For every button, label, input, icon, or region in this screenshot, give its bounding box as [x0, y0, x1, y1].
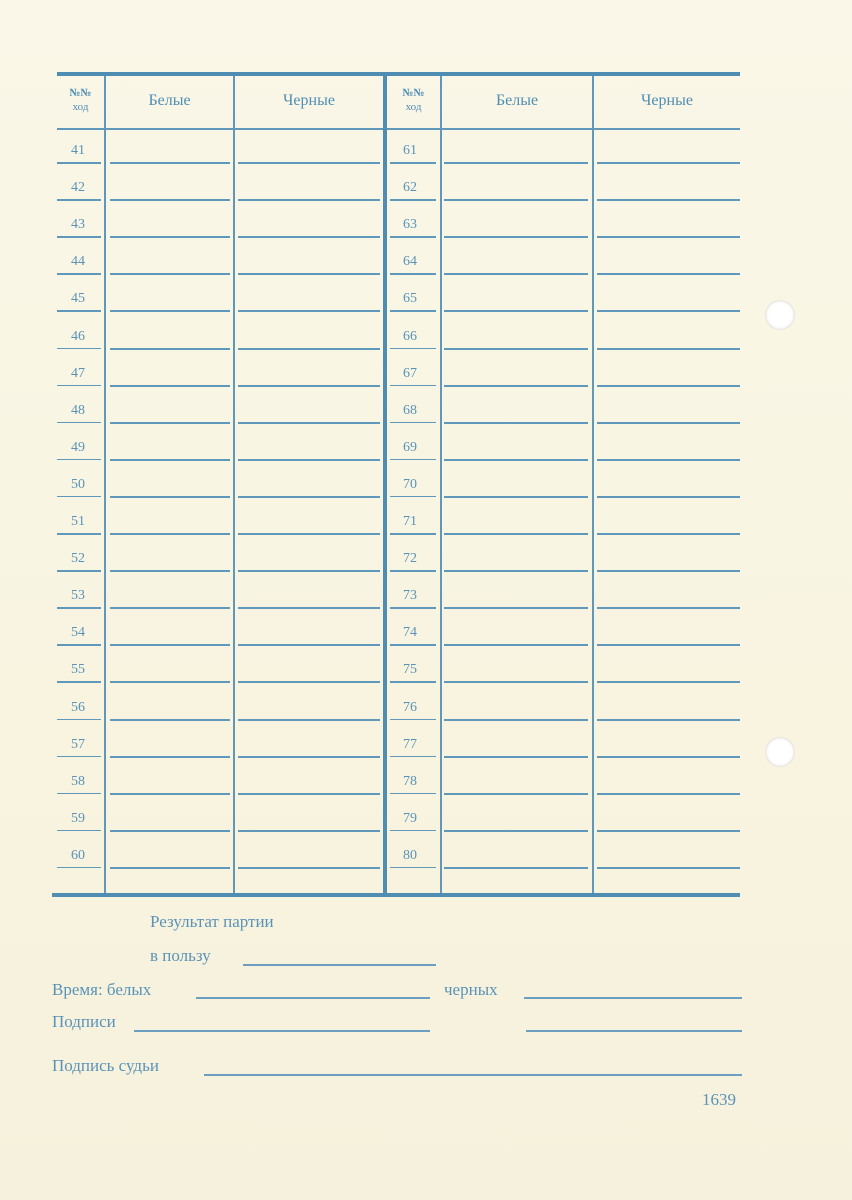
white-move-field[interactable]: [444, 273, 588, 275]
header-move-label: ход: [406, 101, 422, 113]
move-number: 66: [390, 329, 430, 345]
move-number-rule: [390, 719, 436, 721]
black-move-field[interactable]: [597, 570, 740, 572]
move-number-rule: [57, 496, 101, 498]
move-number: 71: [390, 514, 430, 530]
move-number-rule: [57, 273, 101, 275]
move-number-rule: [57, 236, 101, 238]
black-move-field[interactable]: [597, 199, 740, 201]
move-number: 47: [58, 366, 98, 382]
black-move-field[interactable]: [597, 793, 740, 795]
black-move-field[interactable]: [597, 385, 740, 387]
move-number: 65: [390, 291, 430, 307]
move-number: 80: [390, 848, 430, 864]
header-black-right: Черные: [594, 92, 740, 110]
black-move-field[interactable]: [238, 236, 380, 238]
move-number-rule: [57, 570, 101, 572]
white-move-field[interactable]: [444, 793, 588, 795]
black-move-field[interactable]: [238, 756, 380, 758]
in-favor-label: в пользу: [150, 946, 211, 966]
move-number: 61: [390, 143, 430, 159]
move-number: 44: [58, 254, 98, 270]
move-number: 60: [58, 848, 98, 864]
move-number-rule: [57, 310, 101, 312]
score-sheet-page: №№ ход Белые Черные №№ ход Белые Черные …: [0, 0, 852, 1200]
move-number-rule: [390, 422, 436, 424]
black-move-field[interactable]: [597, 533, 740, 535]
header-move-label: ход: [73, 101, 89, 113]
in-favor-field[interactable]: [243, 964, 436, 966]
move-number: 72: [390, 551, 430, 567]
move-number: 51: [58, 514, 98, 530]
black-move-field[interactable]: [597, 681, 740, 683]
move-number-rule: [390, 348, 436, 350]
move-number: 67: [390, 366, 430, 382]
white-move-field[interactable]: [444, 348, 588, 350]
move-number-rule: [390, 162, 436, 164]
black-move-field[interactable]: [597, 644, 740, 646]
white-move-field[interactable]: [444, 199, 588, 201]
white-move-field[interactable]: [110, 867, 230, 869]
move-number-rule: [390, 199, 436, 201]
white-move-field[interactable]: [110, 162, 230, 164]
move-number: 78: [390, 774, 430, 790]
move-number-rule: [390, 793, 436, 795]
move-number-rule: [57, 793, 101, 795]
header-white: Белые: [106, 92, 233, 110]
black-move-field[interactable]: [238, 719, 380, 721]
black-move-field[interactable]: [597, 348, 740, 350]
move-number-rule: [57, 867, 101, 869]
signature-white-field[interactable]: [134, 1030, 430, 1032]
black-move-field[interactable]: [597, 830, 740, 832]
header-move-number-right: №№ ход: [387, 86, 440, 114]
move-number: 58: [58, 774, 98, 790]
move-number-rule: [57, 719, 101, 721]
move-number: 53: [58, 588, 98, 604]
black-move-field[interactable]: [597, 867, 740, 869]
form-serial-number: 1639: [702, 1090, 736, 1110]
move-number: 62: [390, 180, 430, 196]
header-white-right: Белые: [442, 92, 592, 110]
move-number-rule: [390, 570, 436, 572]
black-move-field[interactable]: [597, 273, 740, 275]
move-number-rule: [390, 756, 436, 758]
white-move-field[interactable]: [110, 830, 230, 832]
black-move-field[interactable]: [238, 422, 380, 424]
punch-hole: [765, 300, 795, 330]
move-number: 45: [58, 291, 98, 307]
move-number: 79: [390, 811, 430, 827]
white-move-field[interactable]: [110, 199, 230, 201]
black-move-field[interactable]: [238, 199, 380, 201]
move-number: 56: [58, 700, 98, 716]
time-black-field[interactable]: [524, 997, 742, 999]
black-move-field[interactable]: [238, 273, 380, 275]
move-number-rule: [390, 830, 436, 832]
move-number-rule: [390, 459, 436, 461]
move-number-rule: [390, 236, 436, 238]
move-number-rule: [57, 756, 101, 758]
signatures-label: Подписи: [52, 1012, 116, 1032]
white-move-field[interactable]: [444, 496, 588, 498]
white-move-field[interactable]: [444, 607, 588, 609]
move-number: 59: [58, 811, 98, 827]
bottom-rule: [52, 893, 740, 897]
move-number: 41: [58, 143, 98, 159]
black-move-field[interactable]: [597, 756, 740, 758]
black-move-field[interactable]: [238, 162, 380, 164]
move-number-rule: [390, 385, 436, 387]
move-number: 76: [390, 700, 430, 716]
move-number-rule: [390, 496, 436, 498]
column-divider: [592, 76, 594, 893]
black-move-field[interactable]: [238, 570, 380, 572]
time-black-label: черных: [444, 980, 498, 1000]
white-move-field[interactable]: [110, 385, 230, 387]
black-move-field[interactable]: [238, 830, 380, 832]
white-move-field[interactable]: [444, 459, 588, 461]
black-move-field[interactable]: [238, 496, 380, 498]
move-number: 46: [58, 329, 98, 345]
column-divider: [104, 76, 106, 893]
black-move-field[interactable]: [597, 719, 740, 721]
move-number-rule: [390, 533, 436, 535]
white-move-field[interactable]: [444, 830, 588, 832]
white-move-field[interactable]: [110, 570, 230, 572]
white-move-field[interactable]: [444, 236, 588, 238]
move-number-rule: [57, 533, 101, 535]
move-number-rule: [57, 607, 101, 609]
black-move-field[interactable]: [238, 385, 380, 387]
move-number: 73: [390, 588, 430, 604]
column-divider: [440, 76, 442, 893]
black-move-field[interactable]: [597, 422, 740, 424]
white-move-field[interactable]: [110, 310, 230, 312]
white-move-field[interactable]: [444, 570, 588, 572]
white-move-field[interactable]: [444, 422, 588, 424]
move-number: 77: [390, 737, 430, 753]
move-number: 43: [58, 217, 98, 233]
black-move-field[interactable]: [597, 162, 740, 164]
black-move-field[interactable]: [597, 607, 740, 609]
move-number: 69: [390, 440, 430, 456]
move-number-rule: [57, 385, 101, 387]
white-move-field[interactable]: [110, 459, 230, 461]
move-number-rule: [390, 273, 436, 275]
move-number: 50: [58, 477, 98, 493]
black-move-field[interactable]: [238, 607, 380, 609]
black-move-field[interactable]: [597, 459, 740, 461]
black-move-field[interactable]: [238, 310, 380, 312]
move-number-rule: [57, 681, 101, 683]
white-move-field[interactable]: [110, 422, 230, 424]
header-no-label: №№: [69, 87, 91, 99]
header-no-label: №№: [402, 87, 424, 99]
move-number-rule: [57, 644, 101, 646]
black-move-field[interactable]: [597, 236, 740, 238]
header-rule: [57, 128, 740, 130]
move-number: 68: [390, 403, 430, 419]
white-move-field[interactable]: [444, 867, 588, 869]
result-label: Результат партии: [150, 912, 274, 932]
move-number: 54: [58, 625, 98, 641]
move-number-rule: [57, 830, 101, 832]
move-number: 55: [58, 662, 98, 678]
black-move-field[interactable]: [238, 644, 380, 646]
judge-signature-field[interactable]: [204, 1074, 742, 1076]
header-black: Черные: [235, 92, 383, 110]
black-move-field[interactable]: [597, 310, 740, 312]
column-divider: [233, 76, 235, 893]
punch-hole: [765, 737, 795, 767]
white-move-field[interactable]: [444, 385, 588, 387]
white-move-field[interactable]: [110, 273, 230, 275]
white-move-field[interactable]: [444, 719, 588, 721]
move-number-rule: [57, 459, 101, 461]
move-number: 42: [58, 180, 98, 196]
move-number-rule: [57, 162, 101, 164]
move-number-rule: [390, 607, 436, 609]
white-move-field[interactable]: [110, 644, 230, 646]
signature-black-field[interactable]: [526, 1030, 742, 1032]
white-move-field[interactable]: [444, 533, 588, 535]
top-rule: [57, 72, 740, 76]
white-move-field[interactable]: [444, 162, 588, 164]
black-move-field[interactable]: [597, 496, 740, 498]
white-move-field[interactable]: [110, 607, 230, 609]
move-number: 74: [390, 625, 430, 641]
move-number-rule: [57, 199, 101, 201]
move-number-rule: [390, 867, 436, 869]
time-white-field[interactable]: [196, 997, 430, 999]
white-move-field[interactable]: [444, 310, 588, 312]
center-divider: [383, 76, 387, 893]
white-move-field[interactable]: [110, 719, 230, 721]
move-number: 49: [58, 440, 98, 456]
white-move-field[interactable]: [444, 681, 588, 683]
white-move-field[interactable]: [444, 756, 588, 758]
move-number: 48: [58, 403, 98, 419]
move-number: 63: [390, 217, 430, 233]
black-move-field[interactable]: [238, 793, 380, 795]
black-move-field[interactable]: [238, 681, 380, 683]
white-move-field[interactable]: [444, 644, 588, 646]
black-move-field[interactable]: [238, 533, 380, 535]
white-move-field[interactable]: [110, 793, 230, 795]
move-number: 52: [58, 551, 98, 567]
white-move-field[interactable]: [110, 533, 230, 535]
move-number: 75: [390, 662, 430, 678]
move-number: 64: [390, 254, 430, 270]
white-move-field[interactable]: [110, 348, 230, 350]
white-move-field[interactable]: [110, 681, 230, 683]
black-move-field[interactable]: [238, 348, 380, 350]
move-number-rule: [57, 422, 101, 424]
black-move-field[interactable]: [238, 867, 380, 869]
move-number-rule: [390, 681, 436, 683]
white-move-field[interactable]: [110, 496, 230, 498]
move-number-rule: [390, 310, 436, 312]
black-move-field[interactable]: [238, 459, 380, 461]
move-number-rule: [57, 348, 101, 350]
move-number: 57: [58, 737, 98, 753]
white-move-field[interactable]: [110, 236, 230, 238]
header-move-number: №№ ход: [57, 86, 104, 114]
time-white-label: Время: белых: [52, 980, 151, 1000]
judge-signature-label: Подпись судьи: [52, 1056, 159, 1076]
move-number: 70: [390, 477, 430, 493]
move-number-rule: [390, 644, 436, 646]
white-move-field[interactable]: [110, 756, 230, 758]
